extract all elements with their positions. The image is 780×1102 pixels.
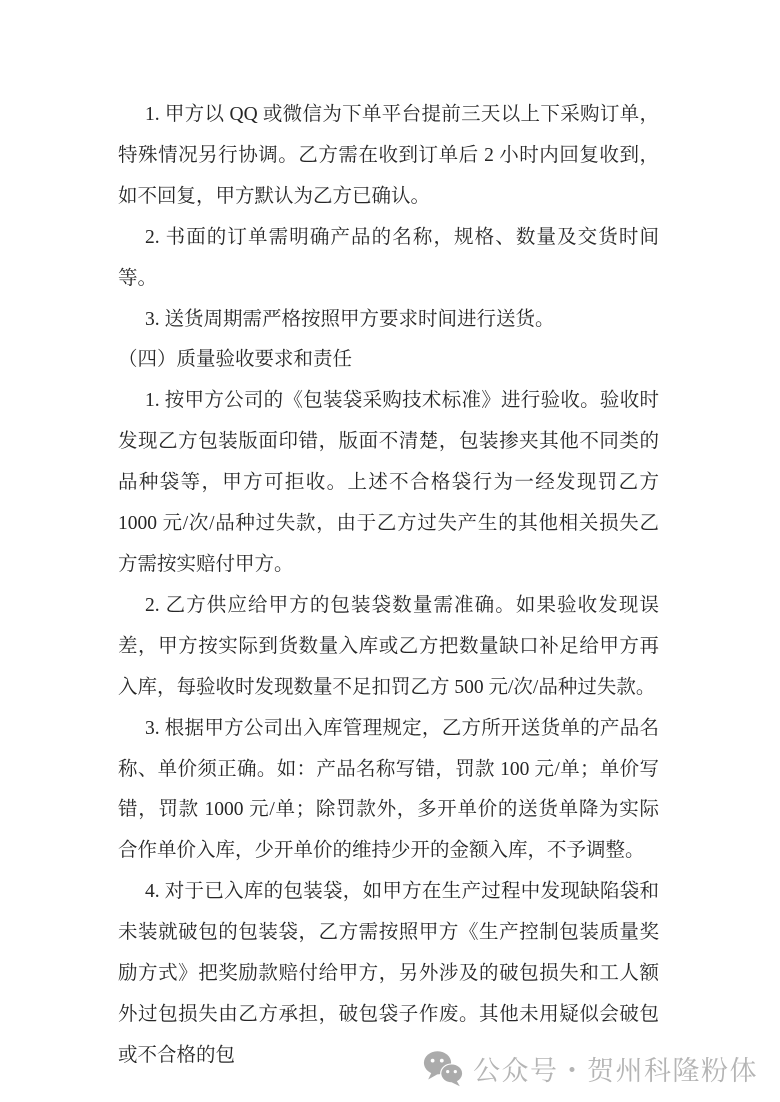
- clause-paragraph: 1. 甲方以 QQ 或微信为下单平台提前三天以上下采购订单，特殊情况另行协调。乙…: [118, 95, 659, 218]
- document-page: 1. 甲方以 QQ 或微信为下单平台提前三天以上下采购订单，特殊情况另行协调。乙…: [0, 0, 780, 1102]
- contract-body: 1. 甲方以 QQ 或微信为下单平台提前三天以上下采购订单，特殊情况另行协调。乙…: [118, 95, 659, 1077]
- watermark-footer: 公众号・贺州科隆粉体: [0, 1046, 780, 1090]
- wechat-icon: [423, 1050, 464, 1087]
- watermark-text: 公众号・贺州科隆粉体: [473, 1049, 758, 1088]
- clause-paragraph: 2. 书面的订单需明确产品的名称，规格、数量及交货时间等。: [118, 218, 659, 300]
- section-heading: （四）质量验收要求和责任: [118, 340, 659, 381]
- clause-paragraph: 3. 送货周期需严格按照甲方要求时间进行送货。: [118, 300, 659, 341]
- clause-paragraph: 2. 乙方供应给甲方的包装袋数量需准确。如果验收发现误差，甲方按实际到货数量入库…: [118, 586, 659, 709]
- clause-paragraph: 1. 按甲方公司的《包装袋采购技术标准》进行验收。验收时发现乙方包装版面印错，版…: [118, 381, 659, 586]
- clause-paragraph: 3. 根据甲方公司出入库管理规定，乙方所开送货单的产品名称、单价须正确。如：产品…: [118, 709, 659, 873]
